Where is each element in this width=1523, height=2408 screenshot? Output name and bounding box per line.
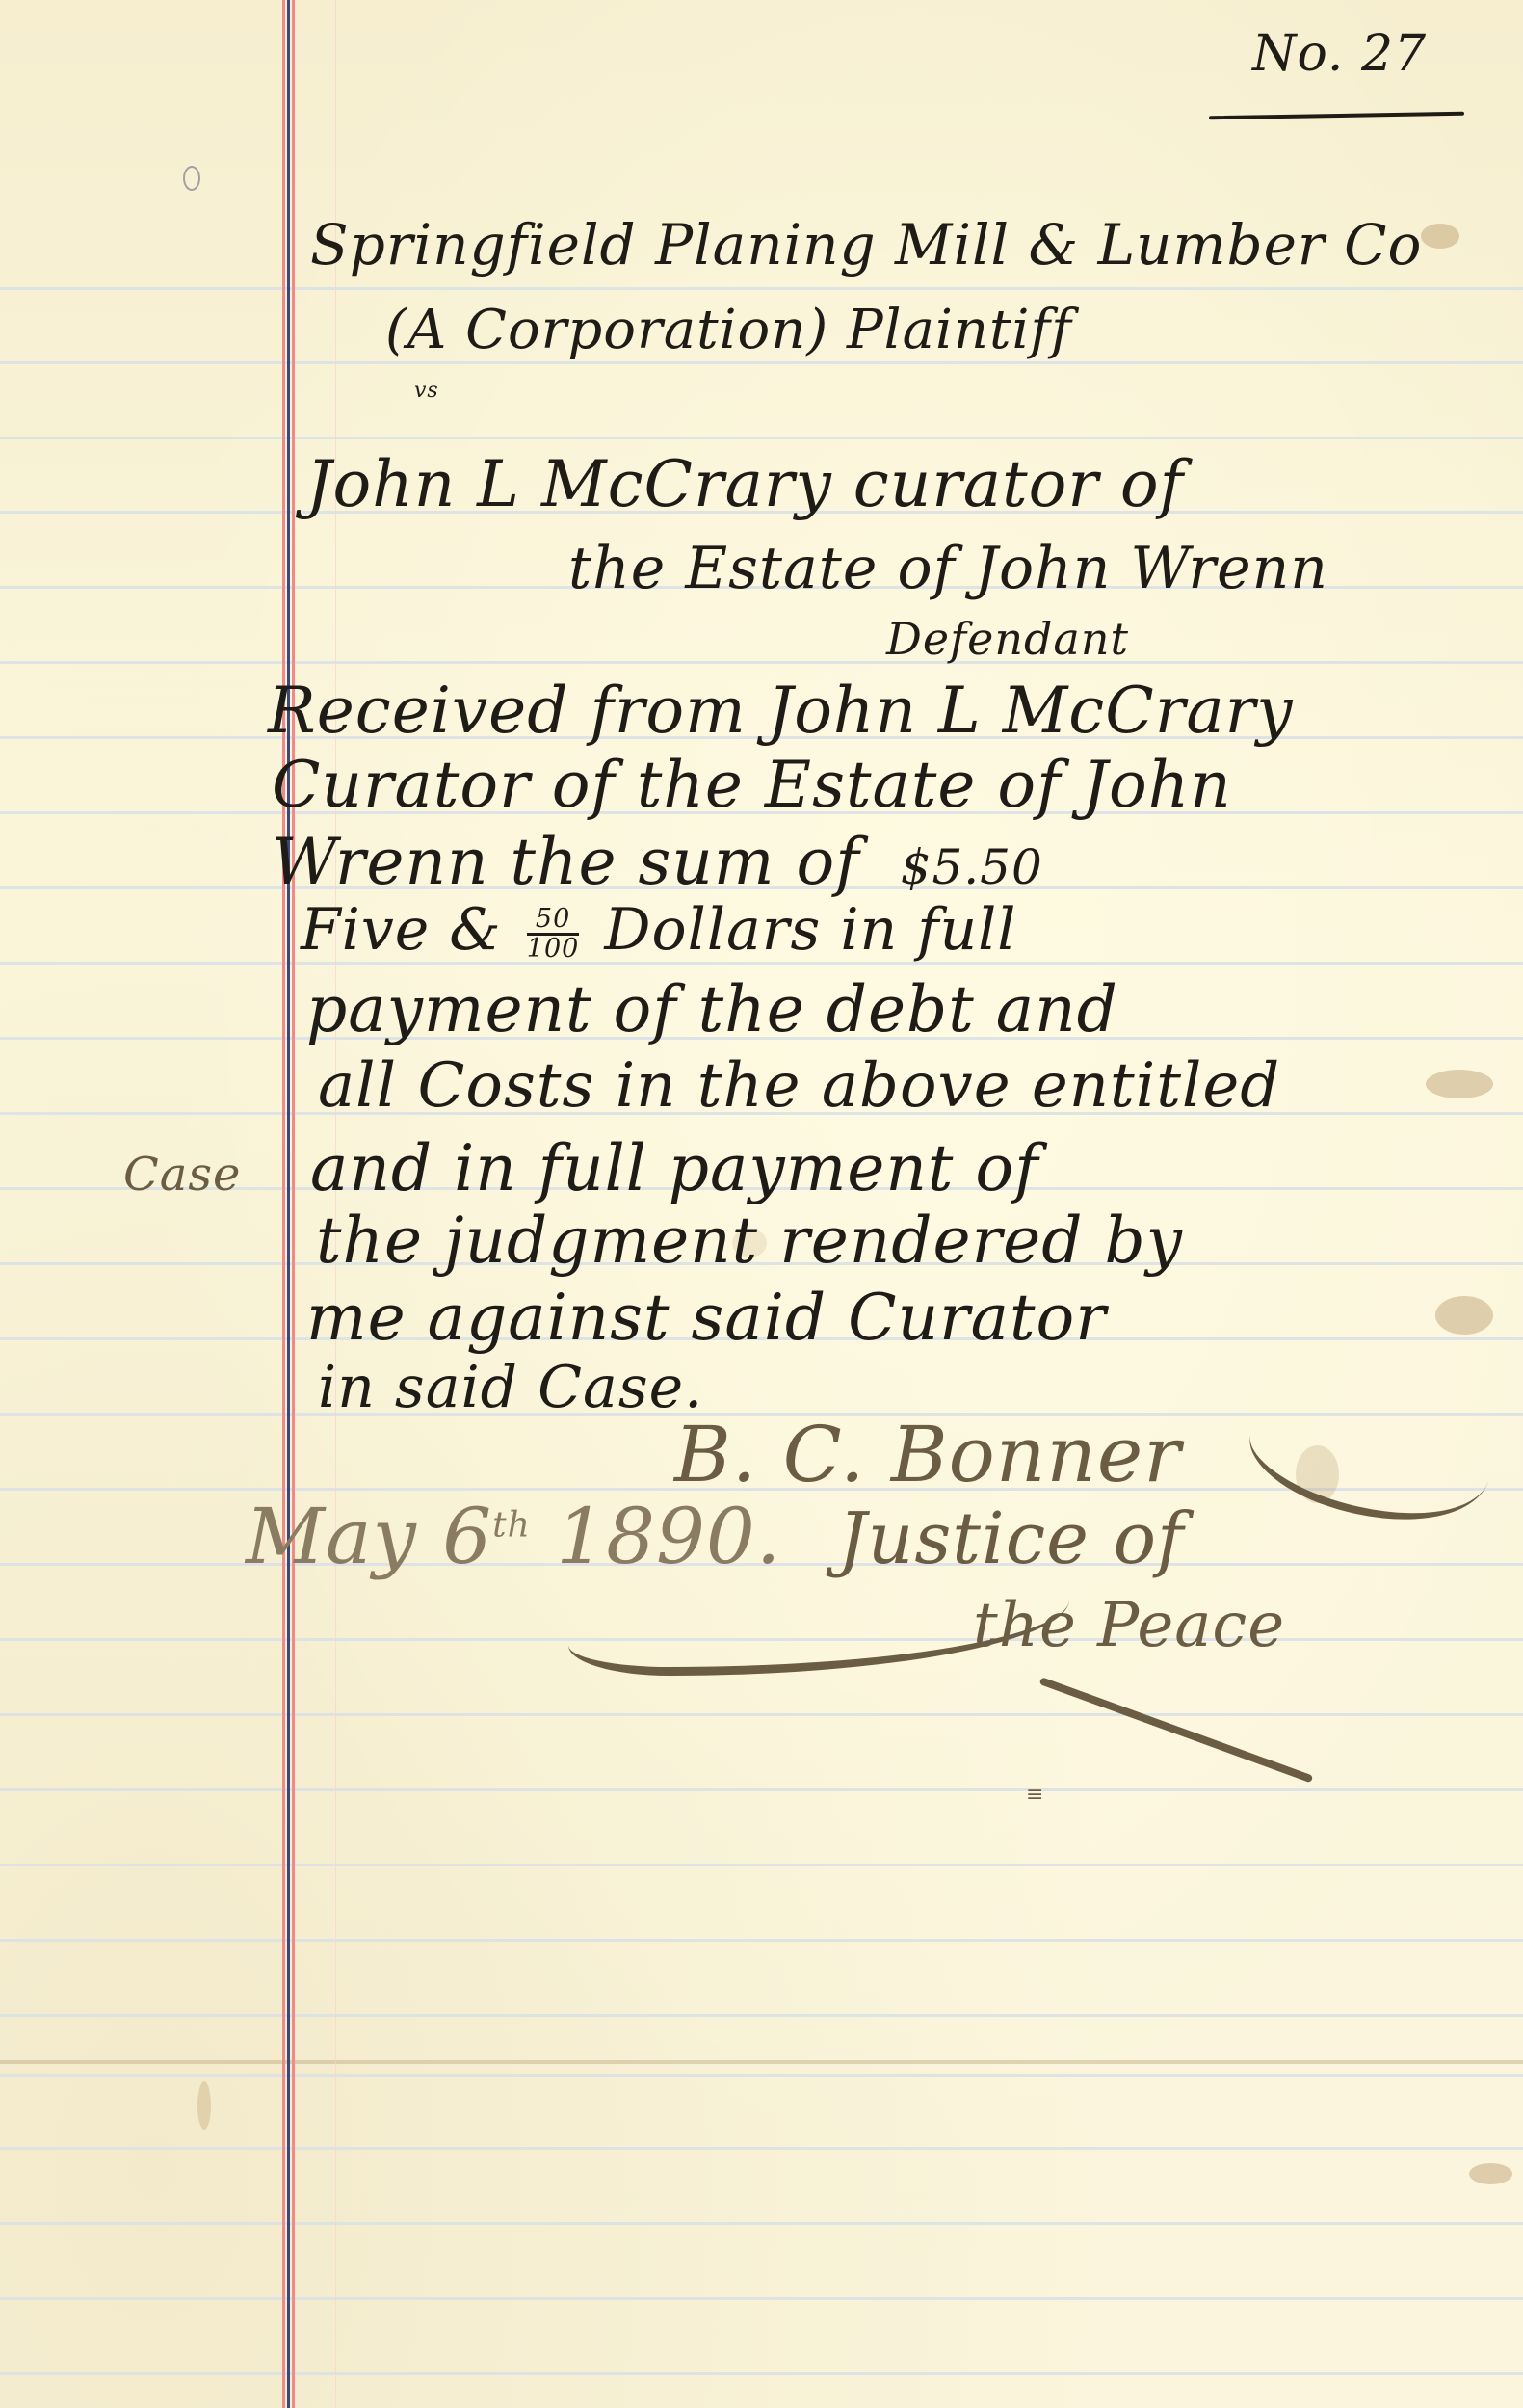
ruled-line: [0, 287, 1523, 290]
ruled-line: [0, 361, 1523, 364]
body-line-7: and in full payment of: [310, 1137, 1039, 1201]
ink-stain: [1469, 2163, 1512, 2184]
ruled-line: [0, 2372, 1523, 2375]
body-line-4: Five & 50 100 Dollars in full: [301, 901, 1016, 963]
body-line-1: Received from John L McCrary: [268, 679, 1294, 743]
date-month-day: May 6: [246, 1492, 492, 1581]
defendant-estate: the Estate of John Wrenn: [568, 540, 1328, 597]
ink-tick-marks: ≡: [1026, 1785, 1044, 1806]
body-line-6: all Costs in the above entitled: [318, 1055, 1280, 1117]
ink-stain: [1426, 1070, 1493, 1098]
fraction-numerator: 50: [527, 906, 580, 936]
body-line-9: me against said Curator: [306, 1286, 1107, 1350]
ruled-line: [0, 2014, 1523, 2017]
ink-stain: [1435, 1296, 1493, 1335]
plaintiff-descriptor: (A Corporation) Plaintiff: [385, 304, 1072, 357]
date: May 6th 1890.: [246, 1498, 781, 1575]
defendant-label: Defendant: [886, 617, 1129, 661]
body-line-3: Wrenn the sum of $5.50: [272, 831, 1043, 894]
closing-flourish-tail: [1039, 1677, 1314, 1783]
ruled-line: [0, 2297, 1523, 2300]
amount-currency: Dollars in full: [604, 896, 1016, 964]
closing-flourish: [568, 1600, 1069, 1676]
signature-title-line-1: Justice of: [838, 1503, 1184, 1574]
ruled-line: [0, 1864, 1523, 1866]
amount-fraction: 50 100: [527, 906, 580, 964]
ruled-line: [0, 2147, 1523, 2150]
ruled-line: [0, 1713, 1523, 1716]
ink-stain: [1421, 224, 1459, 249]
margin-line-blue: [287, 0, 290, 2408]
date-ordinal: th: [492, 1505, 531, 1545]
signature-flourish: [1237, 1405, 1489, 1550]
ruled-line: [0, 1788, 1523, 1791]
ruled-line: [0, 1939, 1523, 1942]
body-line-10: in said Case.: [318, 1359, 703, 1416]
defendant-name: John L McCrary curator of: [306, 453, 1184, 516]
ruled-line: [0, 2222, 1523, 2225]
document-page: No. 27 Springfield Planing Mill & Lumber…: [0, 0, 1523, 2408]
fold-crease: [0, 2060, 1523, 2064]
body-line-3-text: Wrenn the sum of: [272, 825, 860, 899]
amount-words: Five &: [301, 896, 502, 964]
margin-line-red: [292, 0, 295, 2408]
versus-mark: vs: [414, 381, 439, 402]
document-number: No. 27: [1252, 29, 1427, 79]
fraction-denominator: 100: [527, 936, 580, 963]
margin-note: Case: [123, 1151, 241, 1198]
ruled-line: [0, 437, 1523, 439]
signature-name: B. C. Bonner: [674, 1416, 1181, 1494]
amount-figure: $5.50: [901, 839, 1043, 895]
plaintiff-name: Springfield Planing Mill & Lumber Co: [310, 217, 1422, 273]
ink-stain: [197, 2081, 211, 2130]
body-line-5: payment of the debt and: [306, 978, 1118, 1042]
ruled-line: [0, 2074, 1523, 2077]
number-underline: [1209, 112, 1464, 120]
ruled-line: [0, 661, 1523, 664]
body-line-8: the judgment rendered by: [316, 1209, 1183, 1273]
binder-hole-mark: [183, 166, 200, 191]
body-line-2: Curator of the Estate of John: [272, 754, 1232, 817]
margin-line-red: [282, 0, 285, 2408]
date-year: 1890.: [556, 1492, 781, 1581]
